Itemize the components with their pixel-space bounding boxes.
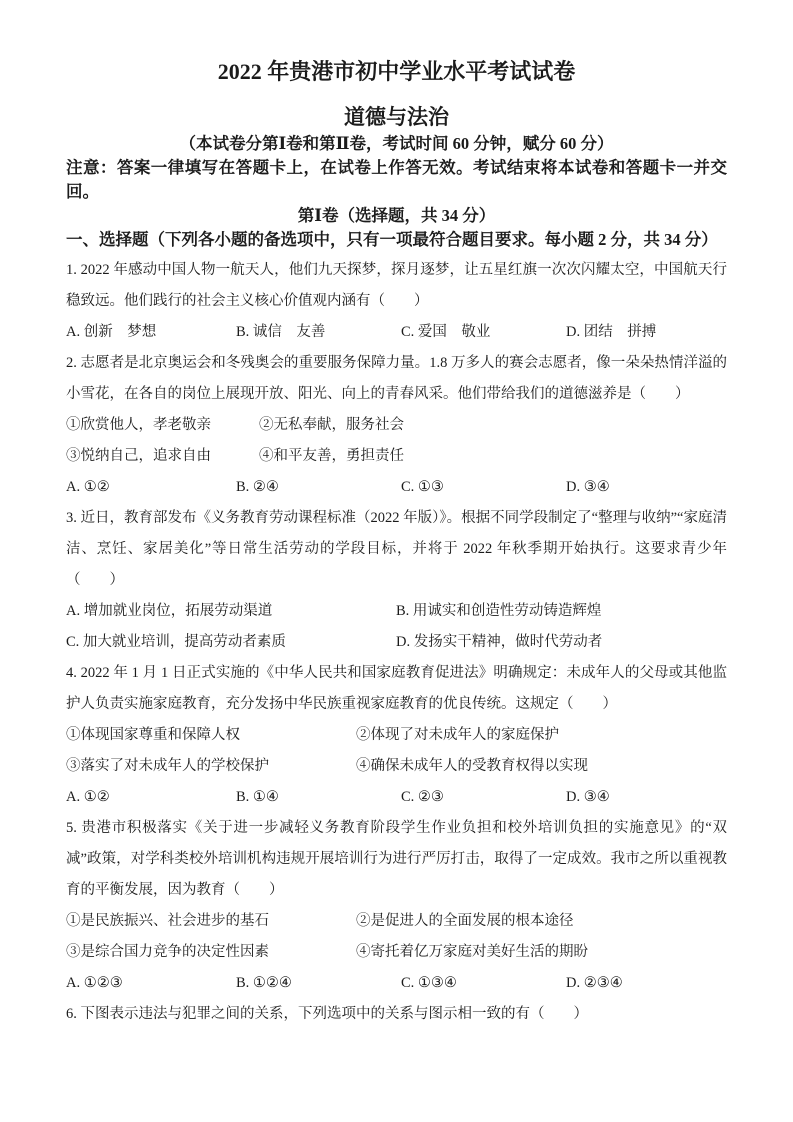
question-5: 5. 贵港市积极落实《关于进一步减轻义务教育阶段学生作业负担和校外培训负担的实施… bbox=[66, 813, 727, 999]
question-5-option-d: D. ②③④ bbox=[566, 968, 727, 999]
question-5-statements-row-1: ①是民族振兴、社会进步的基石 ②是促进人的全面发展的根本途径 bbox=[66, 906, 727, 937]
question-2-statements-row-2: ③悦纳自己，追求自由 ④和平友善，勇担责任 bbox=[66, 441, 727, 472]
question-3-option-d: D. 发扬实干精神，做时代劳动者 bbox=[396, 627, 727, 658]
volume-heading: 第Ⅰ卷（选择题，共 34 分） bbox=[66, 204, 727, 228]
question-2-stem: 2. 志愿者是北京奥运会和冬残奥会的重要服务保障力量。1.8 万多人的赛会志愿者… bbox=[66, 348, 727, 410]
question-2-option-c: C. ①③ bbox=[401, 472, 566, 503]
question-5-option-a: A. ①②③ bbox=[66, 968, 236, 999]
question-4-statement-2: ②体现了对未成年人的家庭保护 bbox=[356, 720, 727, 751]
question-1-stem: 1. 2022 年感动中国人物一航天人，他们九天探梦，探月逐梦，让五星红旗一次次… bbox=[66, 255, 727, 317]
question-4-option-a: A. ①② bbox=[66, 782, 236, 813]
question-2-options: A. ①② B. ②④ C. ①③ D. ③④ bbox=[66, 472, 727, 503]
question-2-option-b: B. ②④ bbox=[236, 472, 401, 503]
question-1-option-b: B. 诚信 友善 bbox=[236, 317, 401, 348]
question-4-option-b: B. ①④ bbox=[236, 782, 401, 813]
question-4-statement-3: ③落实了对未成年人的学校保护 bbox=[66, 751, 356, 782]
question-4: 4. 2022 年 1 月 1 日正式实施的《中华人民共和国家庭教育促进法》明确… bbox=[66, 658, 727, 813]
question-4-option-c: C. ②③ bbox=[401, 782, 566, 813]
question-1-option-d: D. 团结 拼搏 bbox=[566, 317, 727, 348]
question-2-statements-row-1: ①欣赏他人，孝老敬亲 ②无私奉献，服务社会 bbox=[66, 410, 727, 441]
question-4-options: A. ①② B. ①④ C. ②③ D. ③④ bbox=[66, 782, 727, 813]
question-3-options-row-1: A. 增加就业岗位，拓展劳动渠道 B. 用诚实和创造性劳动铸造辉煌 bbox=[66, 596, 727, 627]
question-5-stem: 5. 贵港市积极落实《关于进一步减轻义务教育阶段学生作业负担和校外培训负担的实施… bbox=[66, 813, 727, 906]
question-4-statements-row-2: ③落实了对未成年人的学校保护 ④确保未成年人的受教育权得以实现 bbox=[66, 751, 727, 782]
question-5-statement-3: ③是综合国力竞争的决定性因素 bbox=[66, 937, 356, 968]
question-2: 2. 志愿者是北京奥运会和冬残奥会的重要服务保障力量。1.8 万多人的赛会志愿者… bbox=[66, 348, 727, 503]
exam-title: 2022 年贵港市初中学业水平考试试卷 bbox=[66, 56, 727, 88]
question-6: 6. 下图表示违法与犯罪之间的关系，下列选项中的关系与图示相一致的有（ ） bbox=[66, 999, 727, 1030]
question-4-statement-1: ①体现国家尊重和保障人权 bbox=[66, 720, 356, 751]
exam-paper-page: 2022 年贵港市初中学业水平考试试卷 道德与法治 （本试卷分第Ⅰ卷和第Ⅱ卷，考… bbox=[0, 0, 793, 1122]
question-3-options-row-2: C. 加大就业培训，提高劳动者素质 D. 发扬实干精神，做时代劳动者 bbox=[66, 627, 727, 658]
question-1-option-c: C. 爱国 敬业 bbox=[401, 317, 566, 348]
question-4-stem: 4. 2022 年 1 月 1 日正式实施的《中华人民共和国家庭教育促进法》明确… bbox=[66, 658, 727, 720]
question-5-options: A. ①②③ B. ①②④ C. ①③④ D. ②③④ bbox=[66, 968, 727, 999]
question-6-stem: 6. 下图表示违法与犯罪之间的关系，下列选项中的关系与图示相一致的有（ ） bbox=[66, 999, 727, 1030]
question-5-statement-1: ①是民族振兴、社会进步的基石 bbox=[66, 906, 356, 937]
question-5-option-c: C. ①③④ bbox=[401, 968, 566, 999]
question-2-statement-4: ④和平友善，勇担责任 bbox=[259, 441, 727, 472]
question-1-options: A. 创新 梦想 B. 诚信 友善 C. 爱国 敬业 D. 团结 拼搏 bbox=[66, 317, 727, 348]
question-4-option-d: D. ③④ bbox=[566, 782, 727, 813]
exam-subject-title: 道德与法治 bbox=[66, 102, 727, 132]
question-3-stem: 3. 近日，教育部发布《义务教育劳动课程标准（2022 年版）》。根据不同学段制… bbox=[66, 503, 727, 596]
section-heading: 一、选择题（下列各小题的备选项中，只有一项最符合题目要求。每小题 2 分，共 3… bbox=[66, 228, 727, 252]
question-3: 3. 近日，教育部发布《义务教育劳动课程标准（2022 年版）》。根据不同学段制… bbox=[66, 503, 727, 658]
question-5-statement-2: ②是促进人的全面发展的根本途径 bbox=[356, 906, 727, 937]
question-2-option-d: D. ③④ bbox=[566, 472, 727, 503]
question-2-statement-2: ②无私奉献，服务社会 bbox=[259, 410, 727, 441]
question-4-statements-row-1: ①体现国家尊重和保障人权 ②体现了对未成年人的家庭保护 bbox=[66, 720, 727, 751]
question-5-statements-row-2: ③是综合国力竞争的决定性因素 ④寄托着亿万家庭对美好生活的期盼 bbox=[66, 937, 727, 968]
question-2-option-a: A. ①② bbox=[66, 472, 236, 503]
exam-notice: 注意：答案一律填写在答题卡上，在试卷上作答无效。考试结束将本试卷和答题卡一并交回… bbox=[66, 156, 727, 204]
question-2-statement-3: ③悦纳自己，追求自由 bbox=[66, 441, 259, 472]
question-2-statement-1: ①欣赏他人，孝老敬亲 bbox=[66, 410, 259, 441]
question-3-option-b: B. 用诚实和创造性劳动铸造辉煌 bbox=[396, 596, 727, 627]
question-3-option-a: A. 增加就业岗位，拓展劳动渠道 bbox=[66, 596, 396, 627]
question-5-option-b: B. ①②④ bbox=[236, 968, 401, 999]
question-3-option-c: C. 加大就业培训，提高劳动者素质 bbox=[66, 627, 396, 658]
question-1-option-a: A. 创新 梦想 bbox=[66, 317, 236, 348]
question-1: 1. 2022 年感动中国人物一航天人，他们九天探梦，探月逐梦，让五星红旗一次次… bbox=[66, 255, 727, 348]
question-4-statement-4: ④确保未成年人的受教育权得以实现 bbox=[356, 751, 727, 782]
question-5-statement-4: ④寄托着亿万家庭对美好生活的期盼 bbox=[356, 937, 727, 968]
questions-area: 1. 2022 年感动中国人物一航天人，他们九天探梦，探月逐梦，让五星红旗一次次… bbox=[66, 255, 727, 1030]
exam-info-line: （本试卷分第Ⅰ卷和第Ⅱ卷，考试时间 60 分钟，赋分 60 分） bbox=[66, 132, 727, 156]
